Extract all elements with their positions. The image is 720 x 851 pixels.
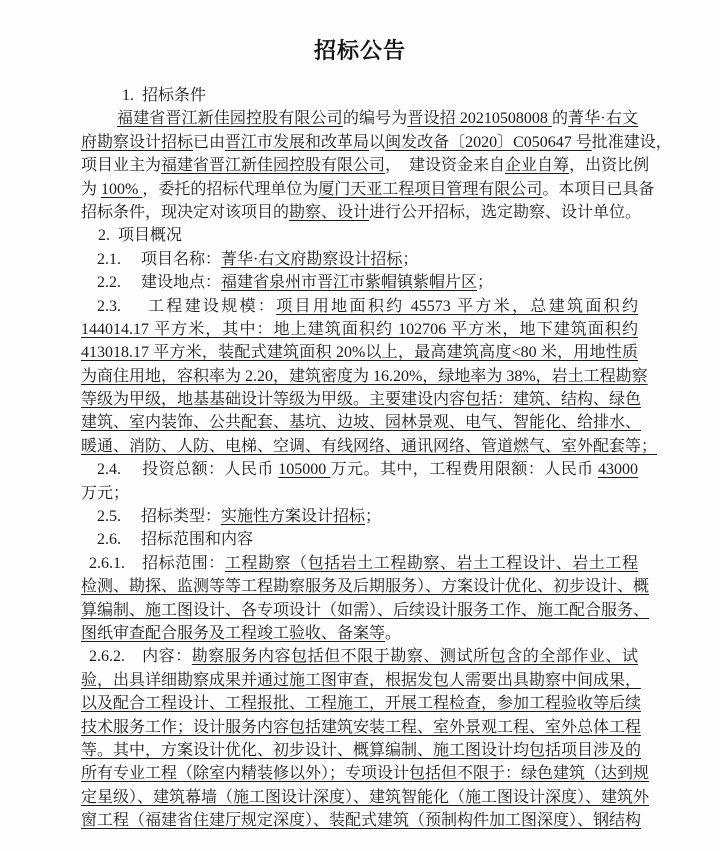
plain-text: 2.4. 投资总额：人民币 [97, 461, 278, 478]
plain-text: 2.6.2. 内容： [89, 648, 192, 665]
text-line: 2.3. 工程建设规模：项目用地面积约 45573 平方米，总建筑面积约 [81, 295, 638, 318]
plain-text: 的 [552, 110, 568, 127]
plain-text: 批准建设， [592, 134, 672, 151]
text-line: 2.6.2. 内容：勘察服务内容包括但不限于勘察、测试所包含的全部作业、试 [81, 645, 638, 668]
text-line: 2. 项目概况 [81, 224, 638, 247]
plain-text: 2.3. 工程建设规模： [97, 298, 276, 315]
underlined-text: 暖通、消防、人防、电梯、空调、有线网络、通讯网络、管道燃气、室外配套等； [81, 438, 657, 455]
plain-text: ，出资比例 [569, 157, 649, 174]
plain-text: 2.6.1. 招标范围： [89, 555, 225, 572]
plain-text: 2. 项目概况 [98, 227, 182, 244]
text-line: 招标条件，现决定对该项目的勘察、设计进行公开招标，选定勘察、设计单位。 [81, 201, 638, 224]
text-line: 2.6.1. 招标范围：工程勘察（包括岩土工程勘察、岩土工程设计、岩土工程 [81, 552, 638, 575]
underlined-text: 检测、勘探、监测等等工程勘察服务及后期服务）、方案设计优化、初步设计、概 [81, 578, 649, 595]
plain-text: 项目业主为 [81, 157, 161, 174]
underlined-text: 定星级）、建筑幕墙（施工图设计深度）、建筑智能化（施工图设计深度）、建筑外 [81, 789, 649, 806]
plain-text: ； [365, 508, 381, 525]
plain-text: ； [402, 251, 418, 268]
underlined-text: 等级为甲级，地基基础设计等级为甲级。主要建设内容包括：建筑、结构、绿色 [81, 391, 641, 408]
text-line: 为商住用地，容积率为 2.20，建筑密度为 16.20%，绿地率为 38%，岩土… [81, 365, 638, 388]
underlined-text: 闽发改备〔2020〕C050647 号 [385, 134, 592, 151]
text-line: 144014.17 平方米，其中：地上建筑面积约 102706 平方米，地下建筑… [81, 318, 638, 341]
underlined-text: 算编制、施工图设计、各专项设计（如需）、后续设计服务工作、施工配合服务、 [81, 602, 649, 619]
plain-text: 。 [385, 625, 401, 642]
underlined-text: 企业自筹 [505, 157, 569, 174]
underlined-text: 100% [101, 181, 142, 198]
underlined-text: 验，出具详细勘察成果并通过施工图审查，根据发包人需要出具勘察中间成果， [81, 672, 641, 689]
plain-text: 为 [81, 181, 101, 198]
text-line: 福建省晋江新佳园控股有限公司的编号为晋设招 20210508008 的菁华·右文 [81, 107, 638, 130]
underlined-text: 勘察服务内容包括但不限于勘察、测试所包含的全部作业、试 [192, 648, 638, 665]
document-body: 1. 招标条件福建省晋江新佳园控股有限公司的编号为晋设招 20210508008… [81, 84, 638, 833]
underlined-text: 厦门天亚工程项目管理有限公司 [318, 181, 542, 198]
plain-text: 2.6. 招标范围和内容 [97, 531, 253, 548]
underlined-text: 43000 [598, 461, 638, 478]
underlined-text: 福建省泉州市晋江市紫帽镇紫帽片区 [221, 274, 477, 291]
text-line: 窗工程（福建省住建厅规定深度）、装配式建筑（预制构件加工图深度）、钢结构 [81, 809, 638, 832]
text-line: 建筑、室内装饰、公共配套、基坑、边坡、园林景观、电气、智能化、给排水、 [81, 411, 638, 434]
underlined-text: 福建省晋江新佳园控股有限公司 [117, 110, 343, 127]
text-line: 1. 招标条件 [81, 84, 638, 107]
underlined-text: 等。其中，方案设计优化、初步设计、概算编制、施工图设计均包括项目涉及的 [81, 742, 641, 759]
plain-text: 已由 [193, 134, 225, 151]
underlined-text: 所有专业工程（除室内精装修以外）；专项设计包括但不限于：绿色建筑（达到规 [81, 765, 649, 782]
underlined-text: 晋设招 20210508008 [407, 110, 552, 127]
plain-text: ， 建设资金来自 [385, 157, 505, 174]
text-line: 2.6. 招标范围和内容 [81, 528, 638, 551]
document-page: 招标公告 1. 招标条件福建省晋江新佳园控股有限公司的编号为晋设招 202105… [0, 0, 720, 851]
underlined-text: 技术服务工作；设计服务内容包括建筑安装工程、室外景观工程、室外总体工程 [81, 719, 641, 736]
underlined-text: 府勘察设计招标 [81, 134, 193, 151]
plain-text: 进行公开招标，选定勘察、设计单位。 [369, 204, 641, 221]
plain-text: 万元。其中，工程费用限额：人民币 [331, 461, 598, 478]
plain-text: 2.1. 项目名称： [97, 251, 221, 268]
underlined-text: 菁华·右文 [568, 110, 638, 127]
plain-text: 以 [369, 134, 385, 151]
text-line: 验，出具详细勘察成果并通过施工图审查，根据发包人需要出具勘察中间成果， [81, 669, 638, 692]
text-line: 2.2. 建设地点：福建省泉州市晋江市紫帽镇紫帽片区； [81, 271, 638, 294]
plain-text: 1. 招标条件 [122, 87, 206, 104]
plain-text: 万元； [81, 485, 129, 502]
text-line: 等级为甲级，地基基础设计等级为甲级。主要建设内容包括：建筑、结构、绿色 [81, 388, 638, 411]
text-line: 2.5. 招标类型：实施性方案设计招标； [81, 505, 638, 528]
text-line: 检测、勘探、监测等等工程勘察服务及后期服务）、方案设计优化、初步设计、概 [81, 575, 638, 598]
plain-text: 2.2. 建设地点： [97, 274, 221, 291]
underlined-text: 福建省晋江新佳园控股有限公司 [161, 157, 385, 174]
text-line: 图纸审查配合服务及工程竣工验收、备案等。 [81, 622, 638, 645]
text-line: 技术服务工作；设计服务内容包括建筑安装工程、室外景观工程、室外总体工程 [81, 716, 638, 739]
plain-text: 。本项目已具备 [542, 181, 654, 198]
text-line: 等。其中，方案设计优化、初步设计、概算编制、施工图设计均包括项目涉及的 [81, 739, 638, 762]
text-line: 府勘察设计招标已由晋江市发展和改革局以闽发改备〔2020〕C050647 号批准… [81, 131, 638, 154]
text-line: 以及配合工程设计、工程报批、工程施工，开展工程检查，参加工程验收等后续 [81, 692, 638, 715]
underlined-text: 144014.17 平方米，其中：地上建筑面积约 102706 平方米，地下建筑… [81, 321, 638, 338]
underlined-text: 项目用地面积约 45573 平方米，总建筑面积约 [276, 298, 638, 315]
text-line: 定星级）、建筑幕墙（施工图设计深度）、建筑智能化（施工图设计深度）、建筑外 [81, 786, 638, 809]
underlined-text: 413018.17 平方米，装配式建筑面积 20%以上，最高建筑高度<80 米，… [81, 344, 638, 361]
underlined-text: 建筑、室内装饰、公共配套、基坑、边坡、园林景观、电气、智能化、给排水、 [81, 414, 641, 431]
plain-text: ； [477, 274, 493, 291]
underlined-text: 以及配合工程设计、工程报批、工程施工，开展工程检查，参加工程验收等后续 [81, 695, 641, 712]
text-line: 2.1. 项目名称：菁华·右文府勘察设计招标； [81, 248, 638, 271]
plain-text: ，委托的招标代理单位为 [142, 181, 318, 198]
text-line: 为 100% ，委托的招标代理单位为厦门天亚工程项目管理有限公司。本项目已具备 [81, 178, 638, 201]
underlined-text: 勘察、设计 [289, 204, 369, 221]
text-line: 算编制、施工图设计、各专项设计（如需）、后续设计服务工作、施工配合服务、 [81, 599, 638, 622]
underlined-text: 图纸审查配合服务及工程竣工验收、备案等 [81, 625, 385, 642]
underlined-text: 实施性方案设计招标 [221, 508, 365, 525]
underlined-text: 工程勘察（包括岩土工程勘察、岩土工程设计、岩土工程 [225, 555, 638, 572]
text-line: 所有专业工程（除室内精装修以外）；专项设计包括但不限于：绿色建筑（达到规 [81, 762, 638, 785]
text-line: 2.4. 投资总额：人民币 105000 万元。其中，工程费用限额：人民币 43… [81, 458, 638, 481]
underlined-text: 菁华·右文府勘察设计招标 [221, 251, 402, 268]
text-line: 万元； [81, 482, 638, 505]
underlined-text: 晋江市发展和改革局 [225, 134, 369, 151]
plain-text: 的编号为 [343, 110, 408, 127]
plain-text: 2.5. 招标类型： [97, 508, 221, 525]
text-line: 暖通、消防、人防、电梯、空调、有线网络、通讯网络、管道燃气、室外配套等； [81, 435, 638, 458]
text-line: 413018.17 平方米，装配式建筑面积 20%以上，最高建筑高度<80 米，… [81, 341, 638, 364]
underlined-text: 105000 [278, 461, 330, 478]
text-line: 项目业主为福建省晋江新佳园控股有限公司， 建设资金来自企业自筹，出资比例 [81, 154, 638, 177]
document-title: 招标公告 [0, 34, 720, 65]
plain-text: 招标条件，现决定对该项目的 [81, 204, 289, 221]
underlined-text: 为商住用地，容积率为 2.20，建筑密度为 16.20%，绿地率为 38%，岩土… [81, 368, 648, 385]
underlined-text: 窗工程（福建省住建厅规定深度）、装配式建筑（预制构件加工图深度）、钢结构 [81, 812, 641, 829]
